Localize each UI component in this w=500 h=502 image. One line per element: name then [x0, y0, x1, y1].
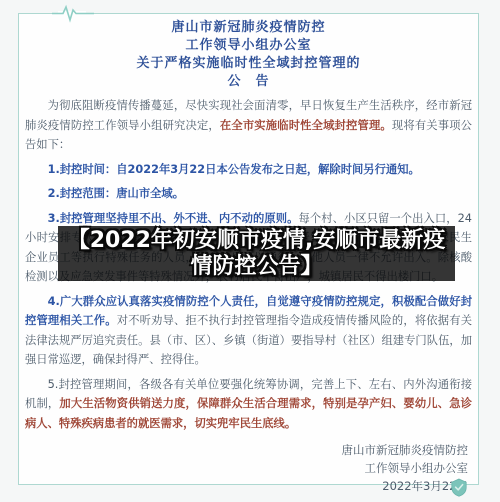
signature-line-2: 工作领导小组办公室 [25, 459, 468, 477]
item-5-highlight: 加大生活物资供销送力度，保障群众生活合理需求，特别是孕产妇、婴幼儿、急诊病人、特… [25, 397, 472, 430]
caption-overlay: 【2022年初安顺市疫情,安顺市最新疫 情防控公告】 [58, 226, 455, 281]
item-3-bold: 3.封控管理坚持里不出、外不进、内不动的原则。 [48, 212, 299, 225]
caption-line-1: 【2022年初安顺市疫情,安顺市最新疫 [68, 228, 446, 254]
caption-line-2: 情防控公告】 [190, 254, 322, 280]
notice-title: 唐山市新冠肺炎疫情防控 工作领导小组办公室 关于严格实施临时性全域封控管理的 公… [25, 19, 472, 91]
signature-line-1: 唐山市新冠肺炎疫情防控 [25, 441, 468, 459]
page-background: { "notice": { "title_lines": [ "唐山市新冠肺炎疫… [0, 0, 500, 502]
item-4-public-responsibility: 4.广大群众应认真落实疫情防控个人责任，自觉遵守疫情防控规定，积极配合做好封控管… [25, 292, 472, 370]
item-5-supply-guarantee: 5.封控管理期间，各级各有关单位要强化统筹协调，完善上下、左右、内外沟通衔接机制… [25, 375, 472, 434]
title-line-4: 公 告 [25, 73, 472, 91]
title-line-2: 工作领导小组办公室 [25, 37, 472, 55]
shield-icon [450, 478, 468, 497]
signature-block: 唐山市新冠肺炎疫情防控 工作领导小组办公室 2022年3月22日 [25, 441, 472, 495]
signature-date: 2022年3月22日 [25, 477, 468, 495]
intro-paragraph: 为彻底阻断疫情传播蔓延，尽快实现社会面清零，早日恢复生产生活秩序，经市新冠肺炎疫… [25, 96, 472, 155]
item-2-lockdown-scope: 2.封控范围：唐山市全域。 [25, 184, 472, 204]
title-line-3: 关于严格实施临时性全域封控管理的 [25, 55, 472, 73]
item-1-lockdown-time: 1.封控时间：自2022年3月22日本公告发布之日起，解除时间另行通知。 [25, 160, 472, 180]
heartbeat-pulse-icon [52, 3, 94, 24]
intro-highlight: 在全市实施临时性全域封控管理。 [220, 119, 392, 132]
